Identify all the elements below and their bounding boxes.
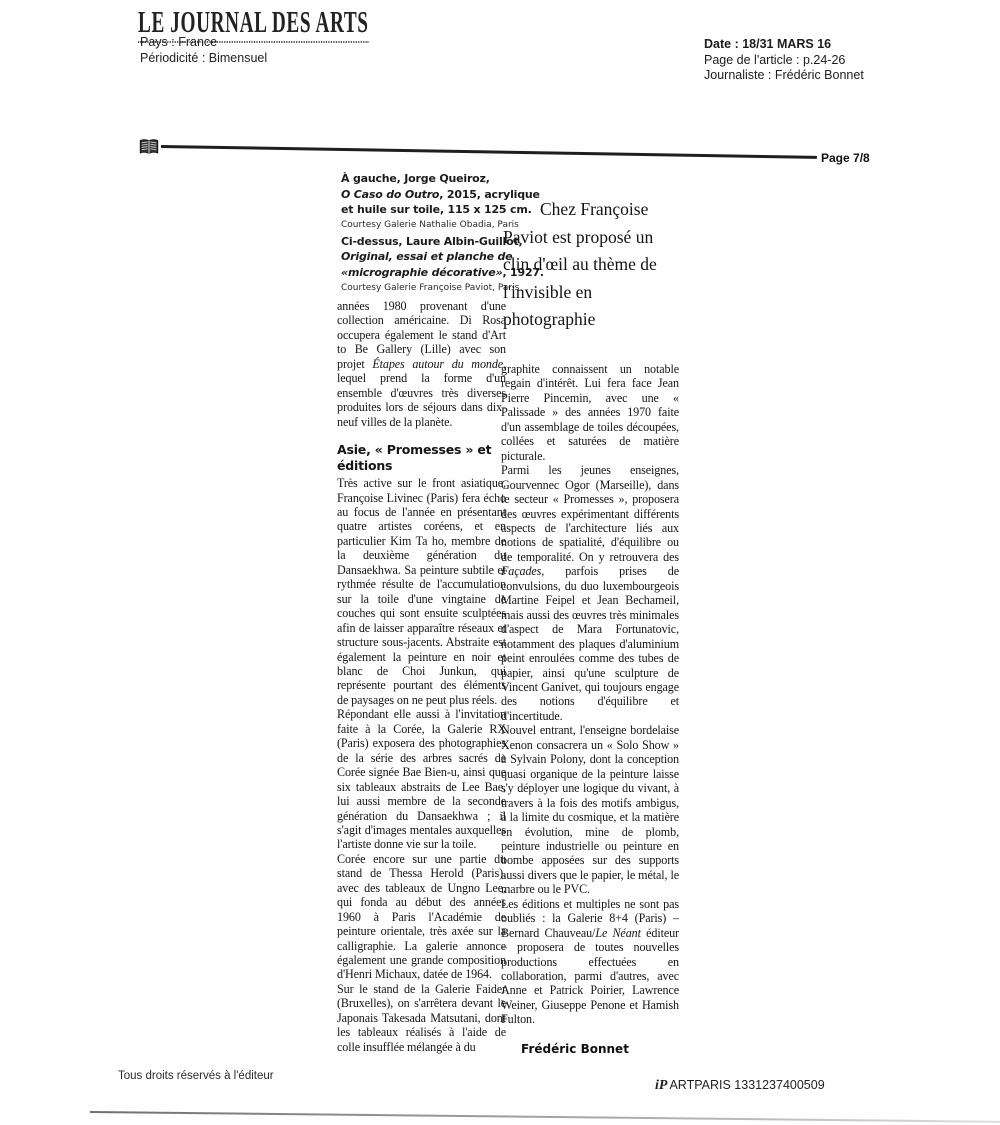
periodicity-label: Périodicité : Bimensuel	[140, 51, 267, 67]
article-paragraph: graphite connaissent un notable regain d…	[501, 362, 679, 463]
meta-journalist: Journaliste : Frédéric Bonnet	[704, 68, 864, 84]
article-paragraph: Sur le stand de la Galerie Faider (Bruxe…	[337, 982, 506, 1054]
meta-article-page: Page de l'article : p.24-26	[704, 53, 864, 69]
article-paragraph: Nouvel entrant, l'enseigne bordelaise Xe…	[501, 723, 679, 896]
country-label: Pays : France	[140, 35, 267, 51]
article-paragraph: Les éditions et multiples ne sont pas ou…	[501, 897, 679, 1027]
publication-meta: Pays : France Périodicité : Bimensuel	[140, 35, 267, 66]
rights-notice: Tous droits réservés à l'éditeur	[118, 1070, 274, 1082]
press-reference: iPARTPARIS 1331237400509	[655, 1078, 825, 1094]
bottom-scan-line	[90, 1111, 1000, 1123]
article-right-column: graphite connaissent un notable regain d…	[501, 362, 679, 1056]
article-paragraph: Corée encore sur une partie du stand de …	[337, 852, 506, 982]
article-left-column: années 1980 provenant d'une collection a…	[337, 299, 506, 1054]
meta-date: Date : 18/31 MARS 16	[704, 37, 864, 53]
press-ref-number: ARTPARIS 1331237400509	[669, 1078, 824, 1092]
open-book-icon	[138, 138, 160, 156]
article-paragraph: Répondant elle aussi à l'invitation fait…	[337, 707, 506, 852]
byline: Frédéric Bonnet	[501, 1042, 679, 1056]
press-clipping-scan: LE JOURNAL DES ARTS Pays : France Périod…	[0, 0, 1000, 1125]
pull-quote: Chez Françoise Paviot est proposé un cli…	[503, 196, 683, 334]
article-paragraph: Très active sur le front asiatique, Fran…	[337, 476, 506, 707]
article-paragraph: années 1980 provenant d'une collection a…	[337, 299, 506, 429]
section-heading: Asie, « Promesses » et éditions	[337, 442, 506, 474]
page-indicator: Page 7/8	[821, 151, 870, 165]
caption-line: À gauche, Jorge Queiroz,	[341, 171, 536, 187]
clipping-meta: Date : 18/31 MARS 16 Page de l'article :…	[704, 37, 864, 84]
press-ref-mark: iP	[655, 1078, 667, 1093]
article-paragraph: Parmi les jeunes enseignes, Gourvennec O…	[501, 463, 679, 723]
header-rule	[161, 145, 817, 158]
